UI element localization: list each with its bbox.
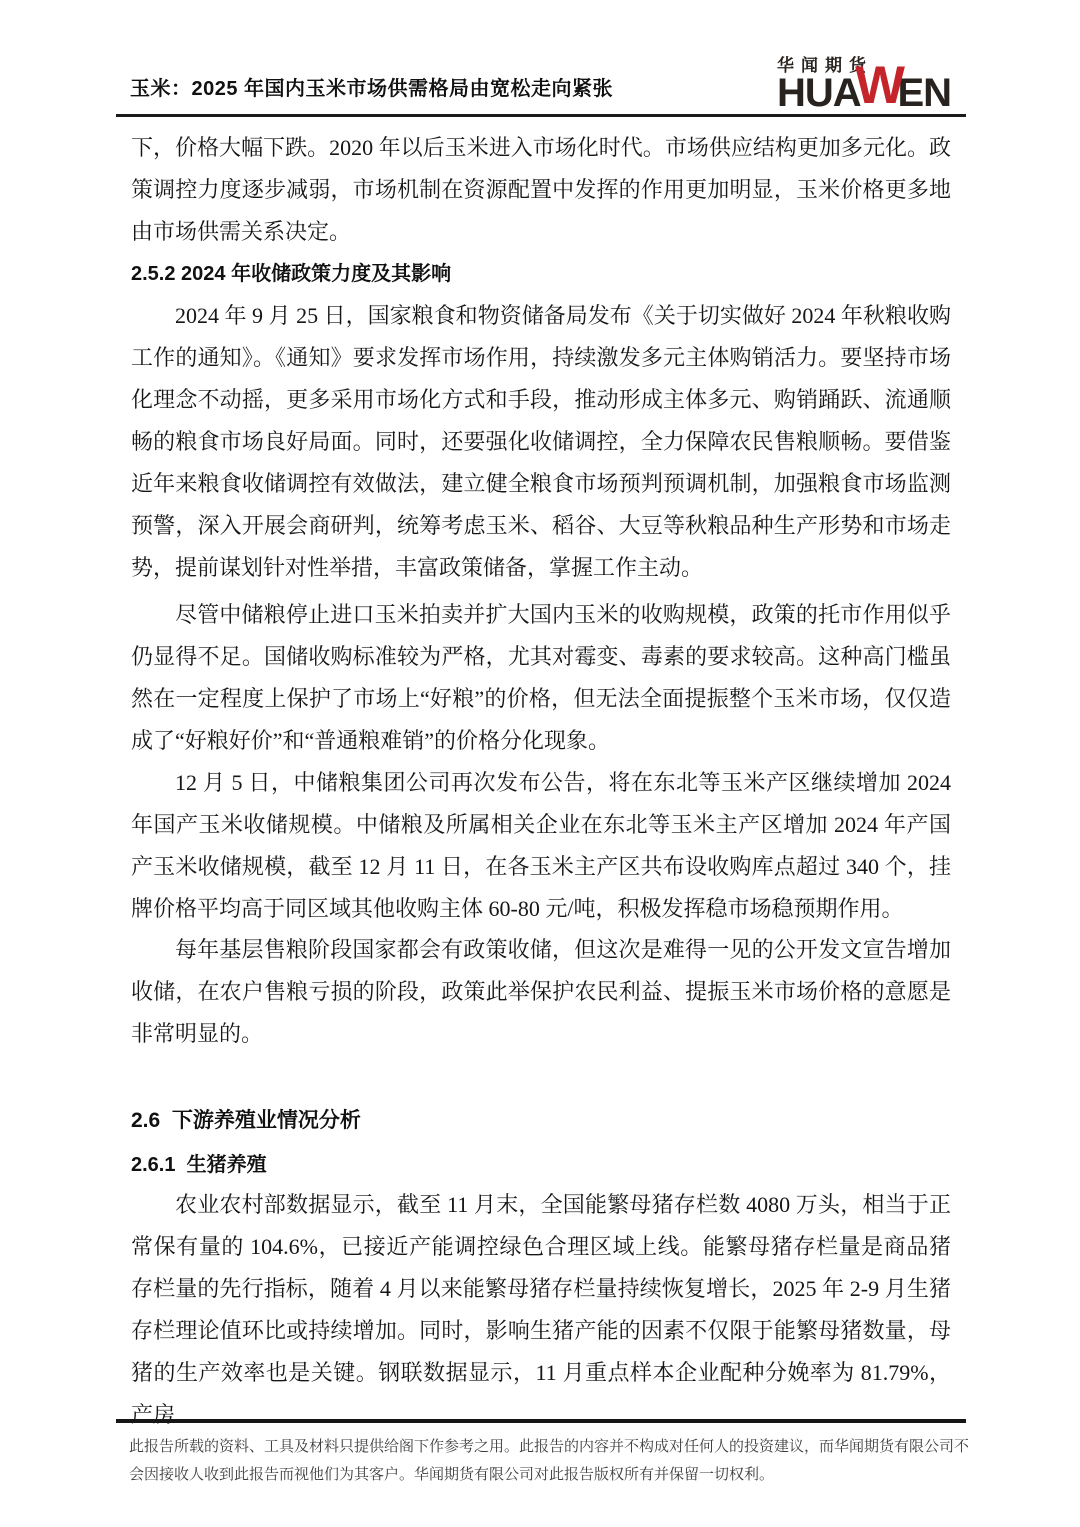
paragraph-autumn-grain-notice: 2024 年 9 月 25 日，国家粮食和物资储备局发布《关于切实做好 2024… xyxy=(131,295,951,589)
paragraph-sinograin-announcement: 12 月 5 日，中储粮集团公司再次发布公告，将在东北等玉米产区继续增加 202… xyxy=(131,762,951,930)
paragraph-pig-breeding: 农业农村部数据显示，截至 11 月末，全国能繁母猪存栏数 4080 万头，相当于… xyxy=(131,1184,951,1436)
heading-2-6: 2.6 下游养殖业情况分析 xyxy=(131,1104,961,1138)
footer-disclaimer: 此报告所载的资料、工具及材料只提供给阁下作参考之用。此报告的内容并不构成对任何人… xyxy=(129,1433,971,1489)
huawen-logo: 华闻期货 HUAWEN xyxy=(777,57,951,110)
paragraph-market-era-continuation: 下，价格大幅下跌。2020 年以后玉米进入市场化时代。市场供应结构更加多元化。政… xyxy=(131,127,951,253)
heading-2-5-2: 2.5.2 2024 年收储政策力度及其影响 xyxy=(131,257,961,291)
report-title: 玉米：2025 年国内玉米市场供需格局由宽松走向紧张 xyxy=(130,72,613,101)
logo-en-post: EN xyxy=(897,71,951,115)
paragraph-storage-standard: 尽管中储粮停止进口玉米拍卖并扩大国内玉米的收购规模，政策的托市作用似乎仍显得不足… xyxy=(131,594,951,762)
heading-2-6-1: 2.6.1 生猪养殖 xyxy=(131,1148,961,1182)
logo-latin-name: HUAWEN xyxy=(777,76,951,110)
footer-divider-line xyxy=(116,1419,966,1423)
logo-red-w-mark: W xyxy=(855,63,904,108)
logo-en-pre: HUA xyxy=(777,71,861,115)
paragraph-policy-intent: 每年基层售粮阶段国家都会有政策收储，但这次是难得一见的公开发文宣告增加收储，在农… xyxy=(131,929,951,1055)
report-page: 玉米：2025 年国内玉米市场供需格局由宽松走向紧张 华闻期货 HUAWEN 下… xyxy=(0,0,1080,1527)
header-divider-line xyxy=(116,114,966,117)
